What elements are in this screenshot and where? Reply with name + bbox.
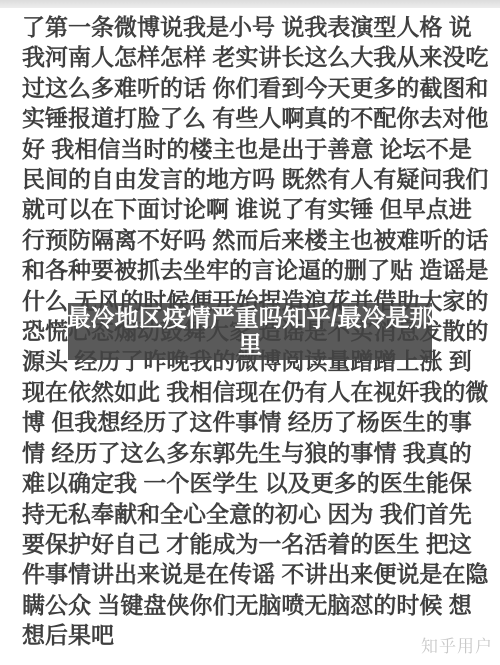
- text-line: 瞒公众 当键盘侠你们无脑喷无脑怼的时候 想: [22, 590, 492, 620]
- zhihu-user-watermark: 知乎用户: [421, 632, 493, 657]
- title-overlay-banner: 最冷地区疫情严重吗知乎/最冷是那 里: [68, 303, 432, 360]
- screenshot-root: 了第一条微博说我是小号 说我表演型人格 说 我河南人怎样怎样 老实讲长这么大我从…: [0, 0, 500, 665]
- text-line: 行预防隔离不好吗 然而后来楼主也被难听的话: [22, 225, 492, 255]
- text-line: 实锤报道打脸了么 有些人啊真的不配你去对他: [22, 103, 492, 133]
- top-edge-strip: [0, 0, 500, 8]
- text-line: 持无私奉献和全心全意的初心 因为 我们首先: [22, 499, 492, 529]
- text-line: 要保护好自己 才能成为一名活着的医生 把这: [22, 529, 492, 559]
- text-line: 博 但我想经历了这件事情 经历了杨医生的事: [22, 407, 492, 437]
- overlay-title-line: 里: [238, 332, 262, 359]
- text-line: 情 经历了这么多东郭先生与狼的事情 我真的: [22, 438, 492, 468]
- text-line: 现在依然如此 我相信现在仍有人在视奸我的微: [22, 377, 492, 407]
- text-line: 了第一条微博说我是小号 说我表演型人格 说: [22, 12, 492, 42]
- text-line: 民间的自由发言的地方吗 既然有人有疑问我们: [22, 164, 492, 194]
- text-line: 就可以在下面讨论啊 谁说了有实锤 但早点进: [22, 194, 492, 224]
- text-line: 好 我相信当时的楼主也是出于善意 论坛不是: [22, 134, 492, 164]
- text-line: 和各种要被抓去坐牢的言论逼的删了贴 造谣是: [22, 255, 492, 285]
- text-line: 难以确定我 一个医学生 以及更多的医生能保: [22, 468, 492, 498]
- overlay-title-line: 最冷地区疫情严重吗知乎/最冷是那: [67, 305, 434, 332]
- text-line: 件事情讲出来说是在传谣 不讲出来便说是在隐: [22, 559, 492, 589]
- text-line: 过这么多难听的话 你们看到今天更多的截图和: [22, 73, 492, 103]
- text-line: 我河南人怎样怎样 老实讲长这么大我从来没吃: [22, 42, 492, 72]
